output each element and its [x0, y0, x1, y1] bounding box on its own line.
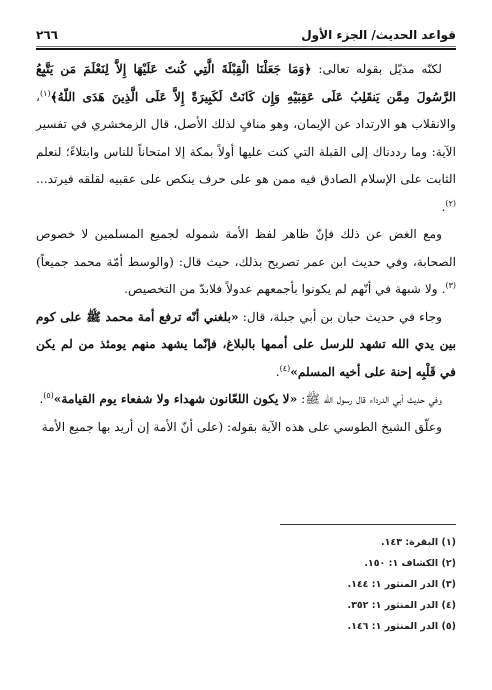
text-segment: وفي حديث أبي الدرداء قال رسول الله ﷺ:	[297, 392, 442, 406]
body-text: لكنّه مذيّل بقوله تعالى: ﴿وَمَا جَعَلْنَ…	[36, 56, 456, 441]
footnote-text: الدر المنثور ١: ١٤٦.	[347, 621, 438, 632]
paragraph: وعلّق الشيخ الطوسي على هذه الآية بقوله: …	[36, 414, 456, 442]
footnote-number: (٤)	[442, 600, 457, 611]
footnote-number: (٢)	[442, 558, 457, 569]
footnote-number: (٣)	[442, 579, 457, 590]
header-rule	[36, 46, 456, 50]
quoted-text: «لا يكون اللعّانون شهداء ولا شفعاء يوم ا…	[54, 392, 297, 406]
text-segment: . ولا شبهة في أنّهم لم يكونوا بأجمعهم عد…	[124, 282, 445, 296]
footnote: (٤) الدر المنثور ١: ٣٥٢.	[36, 595, 456, 616]
footnote-separator	[280, 524, 456, 525]
text-segment: وعلّق الشيخ الطوسي على هذه الآية بقوله: …	[42, 420, 442, 434]
footnote: (٥) الدر المنثور ١: ١٤٦.	[36, 616, 456, 637]
footnote-reference: (٢)	[445, 198, 456, 207]
footnote-text: الدر المنثور ١: ١٤٤.	[347, 579, 438, 590]
book-page: قواعد الحديث/ الجزء الأول ٢٦٦ لكنّه مذيّ…	[36, 0, 456, 690]
paragraph: لكنّه مذيّل بقوله تعالى: ﴿وَمَا جَعَلْنَ…	[36, 56, 456, 221]
text-segment: وجاء في حديث حبان بن أبي جبلة، قال:	[239, 310, 442, 324]
paragraph: وجاء في حديث حبان بن أبي جبلة، قال: «بلغ…	[36, 304, 456, 387]
page-number: ٢٦٦	[36, 28, 58, 42]
footnote-text: البقرة: ١٤٣.	[381, 537, 438, 548]
text-segment: ومع الغض عن ذلك فإنّ ظاهر لفظ الأمة شمول…	[36, 227, 456, 269]
footnote-reference: (١)	[40, 88, 51, 97]
footnote: (٢) الكشاف ١: ١٥٠.	[36, 553, 456, 574]
footnote-reference: (٤)	[280, 363, 291, 372]
footnote-reference: (٣)	[445, 281, 456, 290]
paragraph: ومع الغض عن ذلك فإنّ ظاهر لفظ الأمة شمول…	[36, 221, 456, 304]
text-segment: لكنّه مذيّل بقوله تعالى:	[312, 62, 442, 76]
paragraph: وفي حديث أبي الدرداء قال رسول الله ﷺ: «ل…	[36, 386, 456, 414]
footnote-text: الكشاف ١: ١٥٠.	[364, 558, 438, 569]
running-title: قواعد الحديث/ الجزء الأول	[301, 28, 456, 42]
footnote-number: (٥)	[442, 621, 457, 632]
footnote: (١) البقرة: ١٤٣.	[36, 532, 456, 553]
footnote-text: الدر المنثور ١: ٣٥٢.	[347, 600, 438, 611]
footnotes: (١) البقرة: ١٤٣.(٢) الكشاف ١: ١٥٠.(٣) ال…	[36, 532, 456, 637]
footnote: (٣) الدر المنثور ١: ١٤٤.	[36, 574, 456, 595]
running-header: قواعد الحديث/ الجزء الأول ٢٦٦	[36, 22, 456, 42]
footnote-number: (١)	[442, 537, 457, 548]
footnote-reference: (٥)	[43, 391, 54, 400]
